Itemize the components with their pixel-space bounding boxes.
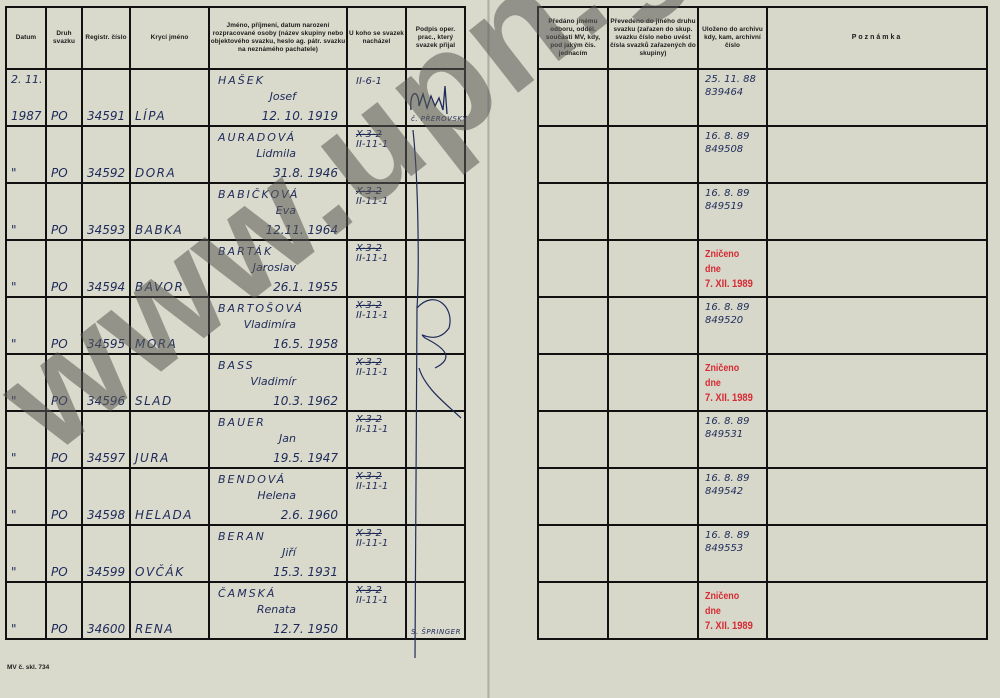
cell-transferred xyxy=(538,468,608,525)
location-new: II-11-1 xyxy=(356,139,388,150)
header-converted: Převedeno do jiného druhu svazku (zařaze… xyxy=(608,7,698,69)
date-day: 2. 11. xyxy=(11,73,43,86)
person-dob: 26.1. 1955 xyxy=(273,280,338,294)
cell-type: PO xyxy=(46,183,82,240)
cell-date: " xyxy=(6,297,46,354)
register-table-left: Datum Druh svazku Registr. číslo Krycí j… xyxy=(5,6,466,640)
cell-cover: LÍPA xyxy=(130,69,209,126)
person-surname: BARTÁK xyxy=(218,245,273,258)
cell-location: X-3-2 II-11-1 xyxy=(347,411,406,468)
archive-date: 16. 8. 89 xyxy=(705,416,750,427)
cell-location: X-3-2 II-11-1 xyxy=(347,297,406,354)
cell-type: PO xyxy=(46,69,82,126)
archive-date: 16. 8. 89 xyxy=(705,473,750,484)
cell-type: PO xyxy=(46,297,82,354)
file-type: PO xyxy=(51,394,68,408)
person-firstname: Josef xyxy=(270,90,296,103)
person-surname: BABIČKOVÁ xyxy=(218,188,299,201)
cell-transferred xyxy=(538,582,608,639)
person-surname: ČAMSKÁ xyxy=(218,587,276,600)
cell-person: BENDOVÁ Helena 2.6. 1960 xyxy=(209,468,347,525)
date-year: 1987 xyxy=(11,109,42,123)
cover-name: JURA xyxy=(135,451,170,465)
location-new: II-11-1 xyxy=(356,481,388,492)
archive-number: 849553 xyxy=(705,543,743,554)
date-year: " xyxy=(11,166,17,180)
cell-person: BAUER Jan 19.5. 1947 xyxy=(209,411,347,468)
cover-name: SLAD xyxy=(135,394,173,408)
person-dob: 16.5. 1958 xyxy=(273,337,338,351)
cover-name: LÍPA xyxy=(135,109,166,123)
cell-date: " xyxy=(6,411,46,468)
table-row: 25. 11. 88 839464 xyxy=(538,69,987,126)
reg-number: 34599 xyxy=(87,565,125,579)
stamp-date: 7. XII. 1989 xyxy=(705,619,757,634)
cell-note xyxy=(767,468,987,525)
file-type: PO xyxy=(51,565,68,579)
cell-cover: OVČÁK xyxy=(130,525,209,582)
cell-reg: 34600 xyxy=(82,582,130,639)
archive-date: 25. 11. 88 xyxy=(705,74,756,85)
reg-number: 34591 xyxy=(87,109,125,123)
cover-name: BABKA xyxy=(135,223,183,237)
signature-bracket-icon xyxy=(405,128,465,663)
cell-note xyxy=(767,354,987,411)
cell-converted xyxy=(608,411,698,468)
cell-location: X-3-2 II-11-1 xyxy=(347,354,406,411)
cell-note xyxy=(767,582,987,639)
table-row: Zničeno dne 7. XII. 1989 xyxy=(538,354,987,411)
cell-type: PO xyxy=(46,126,82,183)
table-row: " PO 34594 BAVOR BARTÁK Jaroslav 26.1. 1… xyxy=(6,240,465,297)
table-row: " PO 34598 HELADA BENDOVÁ Helena 2.6. 19… xyxy=(6,468,465,525)
cover-name: BAVOR xyxy=(135,280,184,294)
location-new: II-6-1 xyxy=(356,76,382,87)
person-surname: HAŠEK xyxy=(218,74,265,87)
cell-transferred xyxy=(538,240,608,297)
cell-reg: 34593 xyxy=(82,183,130,240)
cell-type: PO xyxy=(46,240,82,297)
date-year: " xyxy=(11,280,17,294)
cell-location: II-6-1 xyxy=(347,69,406,126)
cell-archived: 16. 8. 89 849519 xyxy=(698,183,767,240)
person-surname: BARTOŠOVÁ xyxy=(218,302,304,315)
cell-cover: DORA xyxy=(130,126,209,183)
cover-name: DORA xyxy=(135,166,176,180)
header-row: Předáno jinému odboru, odděl. součásti M… xyxy=(538,7,987,69)
cell-date: " xyxy=(6,468,46,525)
location-new: II-11-1 xyxy=(356,253,388,264)
cell-transferred xyxy=(538,126,608,183)
cell-location: X-3-2 II-11-1 xyxy=(347,468,406,525)
cell-location: X-3-2 II-11-1 xyxy=(347,126,406,183)
person-dob: 10.3. 1962 xyxy=(273,394,338,408)
archive-number: 849508 xyxy=(705,144,743,155)
table-row: " PO 34597 JURA BAUER Jan 19.5. 1947 X-3… xyxy=(6,411,465,468)
archive-date: 16. 8. 89 xyxy=(705,302,750,313)
cell-reg: 34595 xyxy=(82,297,130,354)
person-dob: 19.5. 1947 xyxy=(273,451,338,465)
cell-reg: 34592 xyxy=(82,126,130,183)
file-type: PO xyxy=(51,508,68,522)
person-surname: BENDOVÁ xyxy=(218,473,286,486)
cell-archived: 16. 8. 89 849520 xyxy=(698,297,767,354)
cell-cover: JURA xyxy=(130,411,209,468)
reg-number: 34593 xyxy=(87,223,125,237)
cell-type: PO xyxy=(46,582,82,639)
header-row: Datum Druh svazku Registr. číslo Krycí j… xyxy=(6,7,465,69)
location-new: II-11-1 xyxy=(356,595,388,606)
cell-person: BARTOŠOVÁ Vladimíra 16.5. 1958 xyxy=(209,297,347,354)
stamp-label: Zničeno dne xyxy=(705,589,757,619)
cell-person: AURADOVÁ Lidmila 31.8. 1946 xyxy=(209,126,347,183)
file-type: PO xyxy=(51,166,68,180)
cover-name: OVČÁK xyxy=(135,565,185,579)
cell-converted xyxy=(608,525,698,582)
table-row: 16. 8. 89 849553 xyxy=(538,525,987,582)
stamp-label: Zničeno dne xyxy=(705,361,757,391)
person-firstname: Jiří xyxy=(282,546,296,559)
cell-person: ČAMSKÁ Renata 12.7. 1950 xyxy=(209,582,347,639)
person-firstname: Helena xyxy=(257,489,296,502)
person-surname: BASS xyxy=(218,359,255,372)
cell-cover: BAVOR xyxy=(130,240,209,297)
cell-cover: RENA xyxy=(130,582,209,639)
archive-number: 849531 xyxy=(705,429,743,440)
person-dob: 12. 10. 1919 xyxy=(262,109,338,123)
form-code: MV č. skl. 734 xyxy=(7,664,49,671)
cover-name: HELADA xyxy=(135,508,193,522)
person-surname: BERAN xyxy=(218,530,266,543)
location-new: II-11-1 xyxy=(356,367,388,378)
cell-transferred xyxy=(538,411,608,468)
cell-converted xyxy=(608,183,698,240)
header-cover-name: Krycí jméno xyxy=(130,7,209,69)
book-gutter xyxy=(487,0,490,698)
reg-number: 34596 xyxy=(87,394,125,408)
destroyed-stamp: Zničeno dne 7. XII. 1989 xyxy=(705,589,757,634)
person-dob: 15.3. 1931 xyxy=(273,565,338,579)
table-row: " PO 34596 SLAD BASS Vladimír 10.3. 1962… xyxy=(6,354,465,411)
table-row: 16. 8. 89 849520 xyxy=(538,297,987,354)
table-row: Zničeno dne 7. XII. 1989 xyxy=(538,240,987,297)
table-row: " PO 34599 OVČÁK BERAN Jiří 15.3. 1931 X… xyxy=(6,525,465,582)
cell-converted xyxy=(608,468,698,525)
cell-location: X-3-2 II-11-1 xyxy=(347,183,406,240)
header-note: Poznámka xyxy=(767,7,987,69)
person-firstname: Vladimíra xyxy=(244,318,296,331)
table-row: " PO 34593 BABKA BABIČKOVÁ Eva 12.11. 19… xyxy=(6,183,465,240)
stamp-date: 7. XII. 1989 xyxy=(705,277,757,292)
file-type: PO xyxy=(51,280,68,294)
cell-transferred xyxy=(538,297,608,354)
person-firstname: Eva xyxy=(276,204,296,217)
file-type: PO xyxy=(51,223,68,237)
cell-note xyxy=(767,411,987,468)
file-type: PO xyxy=(51,451,68,465)
cell-cover: BABKA xyxy=(130,183,209,240)
cell-archived: 16. 8. 89 849553 xyxy=(698,525,767,582)
cell-date: " xyxy=(6,240,46,297)
file-type: PO xyxy=(51,337,68,351)
table-row: 16. 8. 89 849542 xyxy=(538,468,987,525)
archive-date: 16. 8. 89 xyxy=(705,188,750,199)
cell-cover: HELADA xyxy=(130,468,209,525)
header-signature: Podpis oper. prac., který svazek přijal xyxy=(406,7,465,69)
archive-date: 16. 8. 89 xyxy=(705,530,750,541)
destroyed-stamp: Zničeno dne 7. XII. 1989 xyxy=(705,247,757,292)
person-firstname: Lidmila xyxy=(256,147,296,160)
cell-type: PO xyxy=(46,468,82,525)
cell-date: " xyxy=(6,183,46,240)
person-dob: 12.7. 1950 xyxy=(273,622,338,636)
cell-date: " xyxy=(6,126,46,183)
cell-archived: 16. 8. 89 849531 xyxy=(698,411,767,468)
cell-archived: Zničeno dne 7. XII. 1989 xyxy=(698,354,767,411)
location-new: II-11-1 xyxy=(356,310,388,321)
cell-converted xyxy=(608,354,698,411)
destroyed-stamp: Zničeno dne 7. XII. 1989 xyxy=(705,361,757,406)
cell-archived: 16. 8. 89 849508 xyxy=(698,126,767,183)
cell-archived: Zničeno dne 7. XII. 1989 xyxy=(698,240,767,297)
date-year: " xyxy=(11,223,17,237)
cell-transferred xyxy=(538,525,608,582)
cell-note xyxy=(767,240,987,297)
cell-cover: MORA xyxy=(130,297,209,354)
location-new: II-11-1 xyxy=(356,538,388,549)
cell-reg: 34598 xyxy=(82,468,130,525)
reg-number: 34598 xyxy=(87,508,125,522)
cell-reg: 34591 xyxy=(82,69,130,126)
table-row: " PO 34592 DORA AURADOVÁ Lidmila 31.8. 1… xyxy=(6,126,465,183)
table-row: " PO 34595 MORA BARTOŠOVÁ Vladimíra 16.5… xyxy=(6,297,465,354)
location-new: II-11-1 xyxy=(356,196,388,207)
cell-note xyxy=(767,126,987,183)
stamp-label: Zničeno dne xyxy=(705,247,757,277)
cell-person: BERAN Jiří 15.3. 1931 xyxy=(209,525,347,582)
file-type: PO xyxy=(51,622,68,636)
cell-type: PO xyxy=(46,354,82,411)
archive-number: 839464 xyxy=(705,87,743,98)
cell-reg: 34597 xyxy=(82,411,130,468)
signature-icon xyxy=(405,80,465,120)
header-reg-number: Registr. číslo xyxy=(82,7,130,69)
table-row: 16. 8. 89 849508 xyxy=(538,126,987,183)
cell-date: 2. 11. 1987 xyxy=(6,69,46,126)
header-person: Jméno, příjmení, datum narození rozpraco… xyxy=(209,7,347,69)
reg-number: 34595 xyxy=(87,337,125,351)
cell-location: X-3-2 II-11-1 xyxy=(347,525,406,582)
cell-note xyxy=(767,69,987,126)
cover-name: MORA xyxy=(135,337,177,351)
person-dob: 31.8. 1946 xyxy=(273,166,338,180)
table-row: 16. 8. 89 849519 xyxy=(538,183,987,240)
cell-location: X-3-2 II-11-1 xyxy=(347,240,406,297)
file-type: PO xyxy=(51,109,68,123)
cell-type: PO xyxy=(46,411,82,468)
cell-note xyxy=(767,183,987,240)
location-new: II-11-1 xyxy=(356,424,388,435)
reg-number: 34600 xyxy=(87,622,125,636)
cover-name: RENA xyxy=(135,622,174,636)
header-location: U koho se svazek nacházel xyxy=(347,7,406,69)
header-archived: Uloženo do archivu kdy, kam, archivní čí… xyxy=(698,7,767,69)
stamp-date: 7. XII. 1989 xyxy=(705,391,757,406)
person-surname: AURADOVÁ xyxy=(218,131,296,144)
archive-date: 16. 8. 89 xyxy=(705,131,750,142)
archive-number: 849542 xyxy=(705,486,743,497)
cell-date: " xyxy=(6,354,46,411)
cell-archived: Zničeno dne 7. XII. 1989 xyxy=(698,582,767,639)
cell-person: HAŠEK Josef 12. 10. 1919 xyxy=(209,69,347,126)
cell-note xyxy=(767,525,987,582)
reg-number: 34592 xyxy=(87,166,125,180)
date-year: " xyxy=(11,394,17,408)
person-firstname: Jaroslav xyxy=(253,261,296,274)
cell-type: PO xyxy=(46,525,82,582)
cell-note xyxy=(767,297,987,354)
cell-date: " xyxy=(6,525,46,582)
cell-date: " xyxy=(6,582,46,639)
header-type: Druh svazku xyxy=(46,7,82,69)
cell-transferred xyxy=(538,183,608,240)
cell-reg: 34599 xyxy=(82,525,130,582)
cell-archived: 25. 11. 88 839464 xyxy=(698,69,767,126)
reg-number: 34597 xyxy=(87,451,125,465)
cell-converted xyxy=(608,240,698,297)
table-row: 2. 11. 1987 PO 34591 LÍPA HAŠEK Josef 12… xyxy=(6,69,465,126)
cell-converted xyxy=(608,297,698,354)
date-year: " xyxy=(11,337,17,351)
cell-reg: 34596 xyxy=(82,354,130,411)
archive-number: 849520 xyxy=(705,315,743,326)
register-table-right: Předáno jinému odboru, odděl. součásti M… xyxy=(537,6,988,640)
header-transferred: Předáno jinému odboru, odděl. součásti M… xyxy=(538,7,608,69)
cell-cover: SLAD xyxy=(130,354,209,411)
person-surname: BAUER xyxy=(218,416,266,429)
person-firstname: Jan xyxy=(279,432,296,445)
date-year: " xyxy=(11,451,17,465)
person-dob: 2.6. 1960 xyxy=(281,508,338,522)
person-firstname: Renata xyxy=(257,603,296,616)
table-row: Zničeno dne 7. XII. 1989 xyxy=(538,582,987,639)
person-firstname: Vladimír xyxy=(250,375,296,388)
cell-converted xyxy=(608,582,698,639)
table-row: " PO 34600 RENA ČAMSKÁ Renata 12.7. 1950… xyxy=(6,582,465,639)
date-year: " xyxy=(11,565,17,579)
cell-person: BABIČKOVÁ Eva 12.11. 1964 xyxy=(209,183,347,240)
cell-archived: 16. 8. 89 849542 xyxy=(698,468,767,525)
reg-number: 34594 xyxy=(87,280,125,294)
cell-person: BASS Vladimír 10.3. 1962 xyxy=(209,354,347,411)
cell-person: BARTÁK Jaroslav 26.1. 1955 xyxy=(209,240,347,297)
cell-reg: 34594 xyxy=(82,240,130,297)
date-year: " xyxy=(11,622,17,636)
archive-number: 849519 xyxy=(705,201,743,212)
header-date: Datum xyxy=(6,7,46,69)
cell-converted xyxy=(608,69,698,126)
cell-transferred xyxy=(538,354,608,411)
table-row: 16. 8. 89 849531 xyxy=(538,411,987,468)
person-dob: 12.11. 1964 xyxy=(265,223,338,237)
cell-location: X-3-2 II-11-1 xyxy=(347,582,406,639)
cell-converted xyxy=(608,126,698,183)
cell-transferred xyxy=(538,69,608,126)
date-year: " xyxy=(11,508,17,522)
